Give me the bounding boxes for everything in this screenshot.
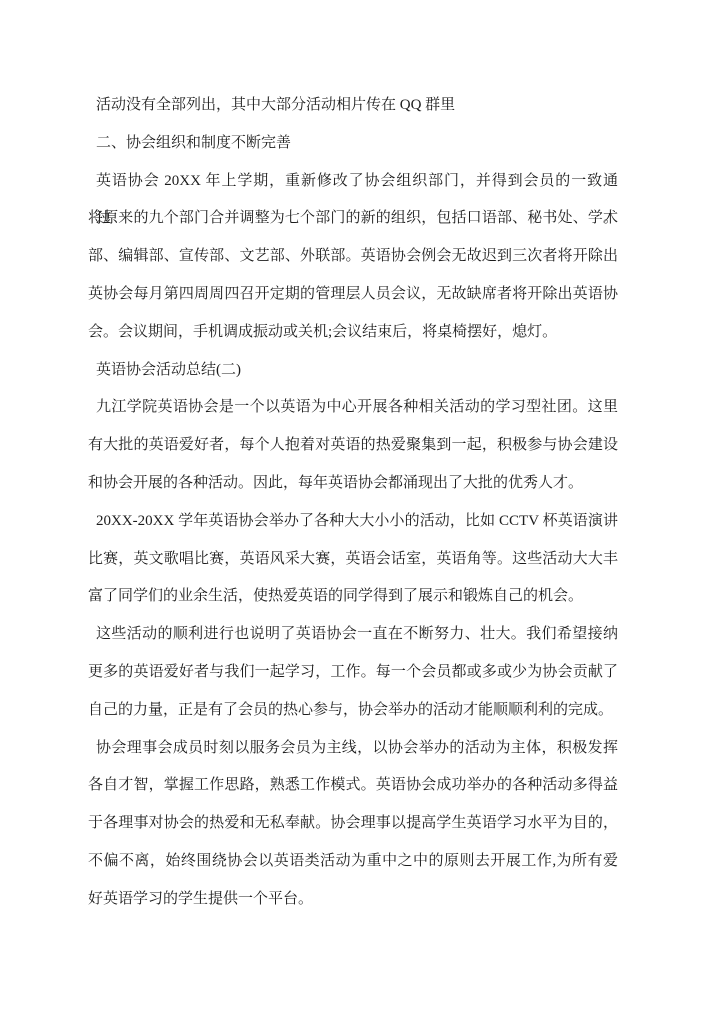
paragraph: 20XX-20XX 学年英语协会举办了各种大大小小的活动，比如 CCTV 杯英语…: [88, 503, 618, 616]
paragraph: 九江学院英语协会是一个以英语为中心开展各种相关活动的学习型社团。这里有大批的英语…: [88, 389, 618, 502]
text-line: 20XX-20XX 学年英语协会举办了各种大大小小的活动，比如 CCTV 杯英语…: [88, 503, 618, 541]
paragraph: 英语协会 20XX 年上学期，重新修改了协会组织部门，并得到会员的一致通过。将原…: [88, 163, 618, 352]
text-line: 这些活动的顺利进行也说明了英语协会一直在不断努力、壮大。我们希望接纳: [88, 616, 618, 654]
paragraph: 活动没有全部列出，其中大部分活动相片传在 QQ 群里: [88, 87, 618, 125]
paragraph: 英语协会活动总结(二): [88, 352, 618, 390]
text-line: 九江学院英语协会是一个以英语为中心开展各种相关活动的学习型社团。这里: [88, 389, 618, 427]
text-line: 各自才智，掌握工作思路，熟悉工作模式。英语协会成功举办的各种活动多得益: [88, 767, 618, 805]
text-line: 英语协会活动总结(二): [88, 352, 618, 390]
text-line: 有大批的英语爱好者，每个人抱着对英语的热爱聚集到一起，积极参与协会建设: [88, 427, 618, 465]
paragraph: 二、协会组织和制度不断完善: [88, 125, 618, 163]
text-line: 活动没有全部列出，其中大部分活动相片传在 QQ 群里: [88, 87, 618, 125]
text-line: 比赛，英文歌唱比赛，英语风采大赛，英语会话室，英语角等。这些活动大大丰: [88, 541, 618, 579]
text-line: 英语协会 20XX 年上学期，重新修改了协会组织部门，并得到会员的一致通过。: [88, 163, 618, 201]
paragraph: 协会理事会成员时刻以服务会员为主线，以协会举办的活动为主体，积极发挥各自才智，掌…: [88, 730, 618, 919]
text-line: 二、协会组织和制度不断完善: [88, 125, 618, 163]
text-line: 更多的英语爱好者与我们一起学习，工作。每一个会员都或多或少为协会贡献了: [88, 654, 618, 692]
text-line: 不偏不离，始终围绕协会以英语类活动为重中之中的原则去开展工作,为所有爱: [88, 843, 618, 881]
text-line: 英协会每月第四周周四召开定期的管理层人员会议，无故缺席者将开除出英语协: [88, 276, 618, 314]
paragraph: 这些活动的顺利进行也说明了英语协会一直在不断努力、壮大。我们希望接纳更多的英语爱…: [88, 616, 618, 729]
text-line: 于各理事对协会的热爱和无私奉献。协会理事以提高学生英语学习水平为目的，: [88, 805, 618, 843]
text-line: 好英语学习的学生提供一个平台。: [88, 881, 618, 919]
text-line: 将原来的九个部门合并调整为七个部门的新的组织，包括口语部、秘书处、学术: [88, 200, 618, 238]
document-body: 活动没有全部列出，其中大部分活动相片传在 QQ 群里二、协会组织和制度不断完善英…: [88, 87, 618, 919]
text-line: 协会理事会成员时刻以服务会员为主线，以协会举办的活动为主体，积极发挥: [88, 730, 618, 768]
text-line: 自己的力量，正是有了会员的热心参与，协会举办的活动才能顺顺利利的完成。: [88, 692, 618, 730]
text-line: 和协会开展的各种活动。因此，每年英语协会都涌现出了大批的优秀人才。: [88, 465, 618, 503]
document-page: 活动没有全部列出，其中大部分活动相片传在 QQ 群里二、协会组织和制度不断完善英…: [0, 0, 721, 1020]
text-line: 部、编辑部、宣传部、文艺部、外联部。英语协会例会无故迟到三次者将开除出: [88, 238, 618, 276]
text-line: 会。会议期间，手机调成振动或关机;会议结束后，将桌椅摆好，熄灯。: [88, 314, 618, 352]
text-line: 富了同学们的业余生活，使热爱英语的同学得到了展示和锻炼自己的机会。: [88, 578, 618, 616]
